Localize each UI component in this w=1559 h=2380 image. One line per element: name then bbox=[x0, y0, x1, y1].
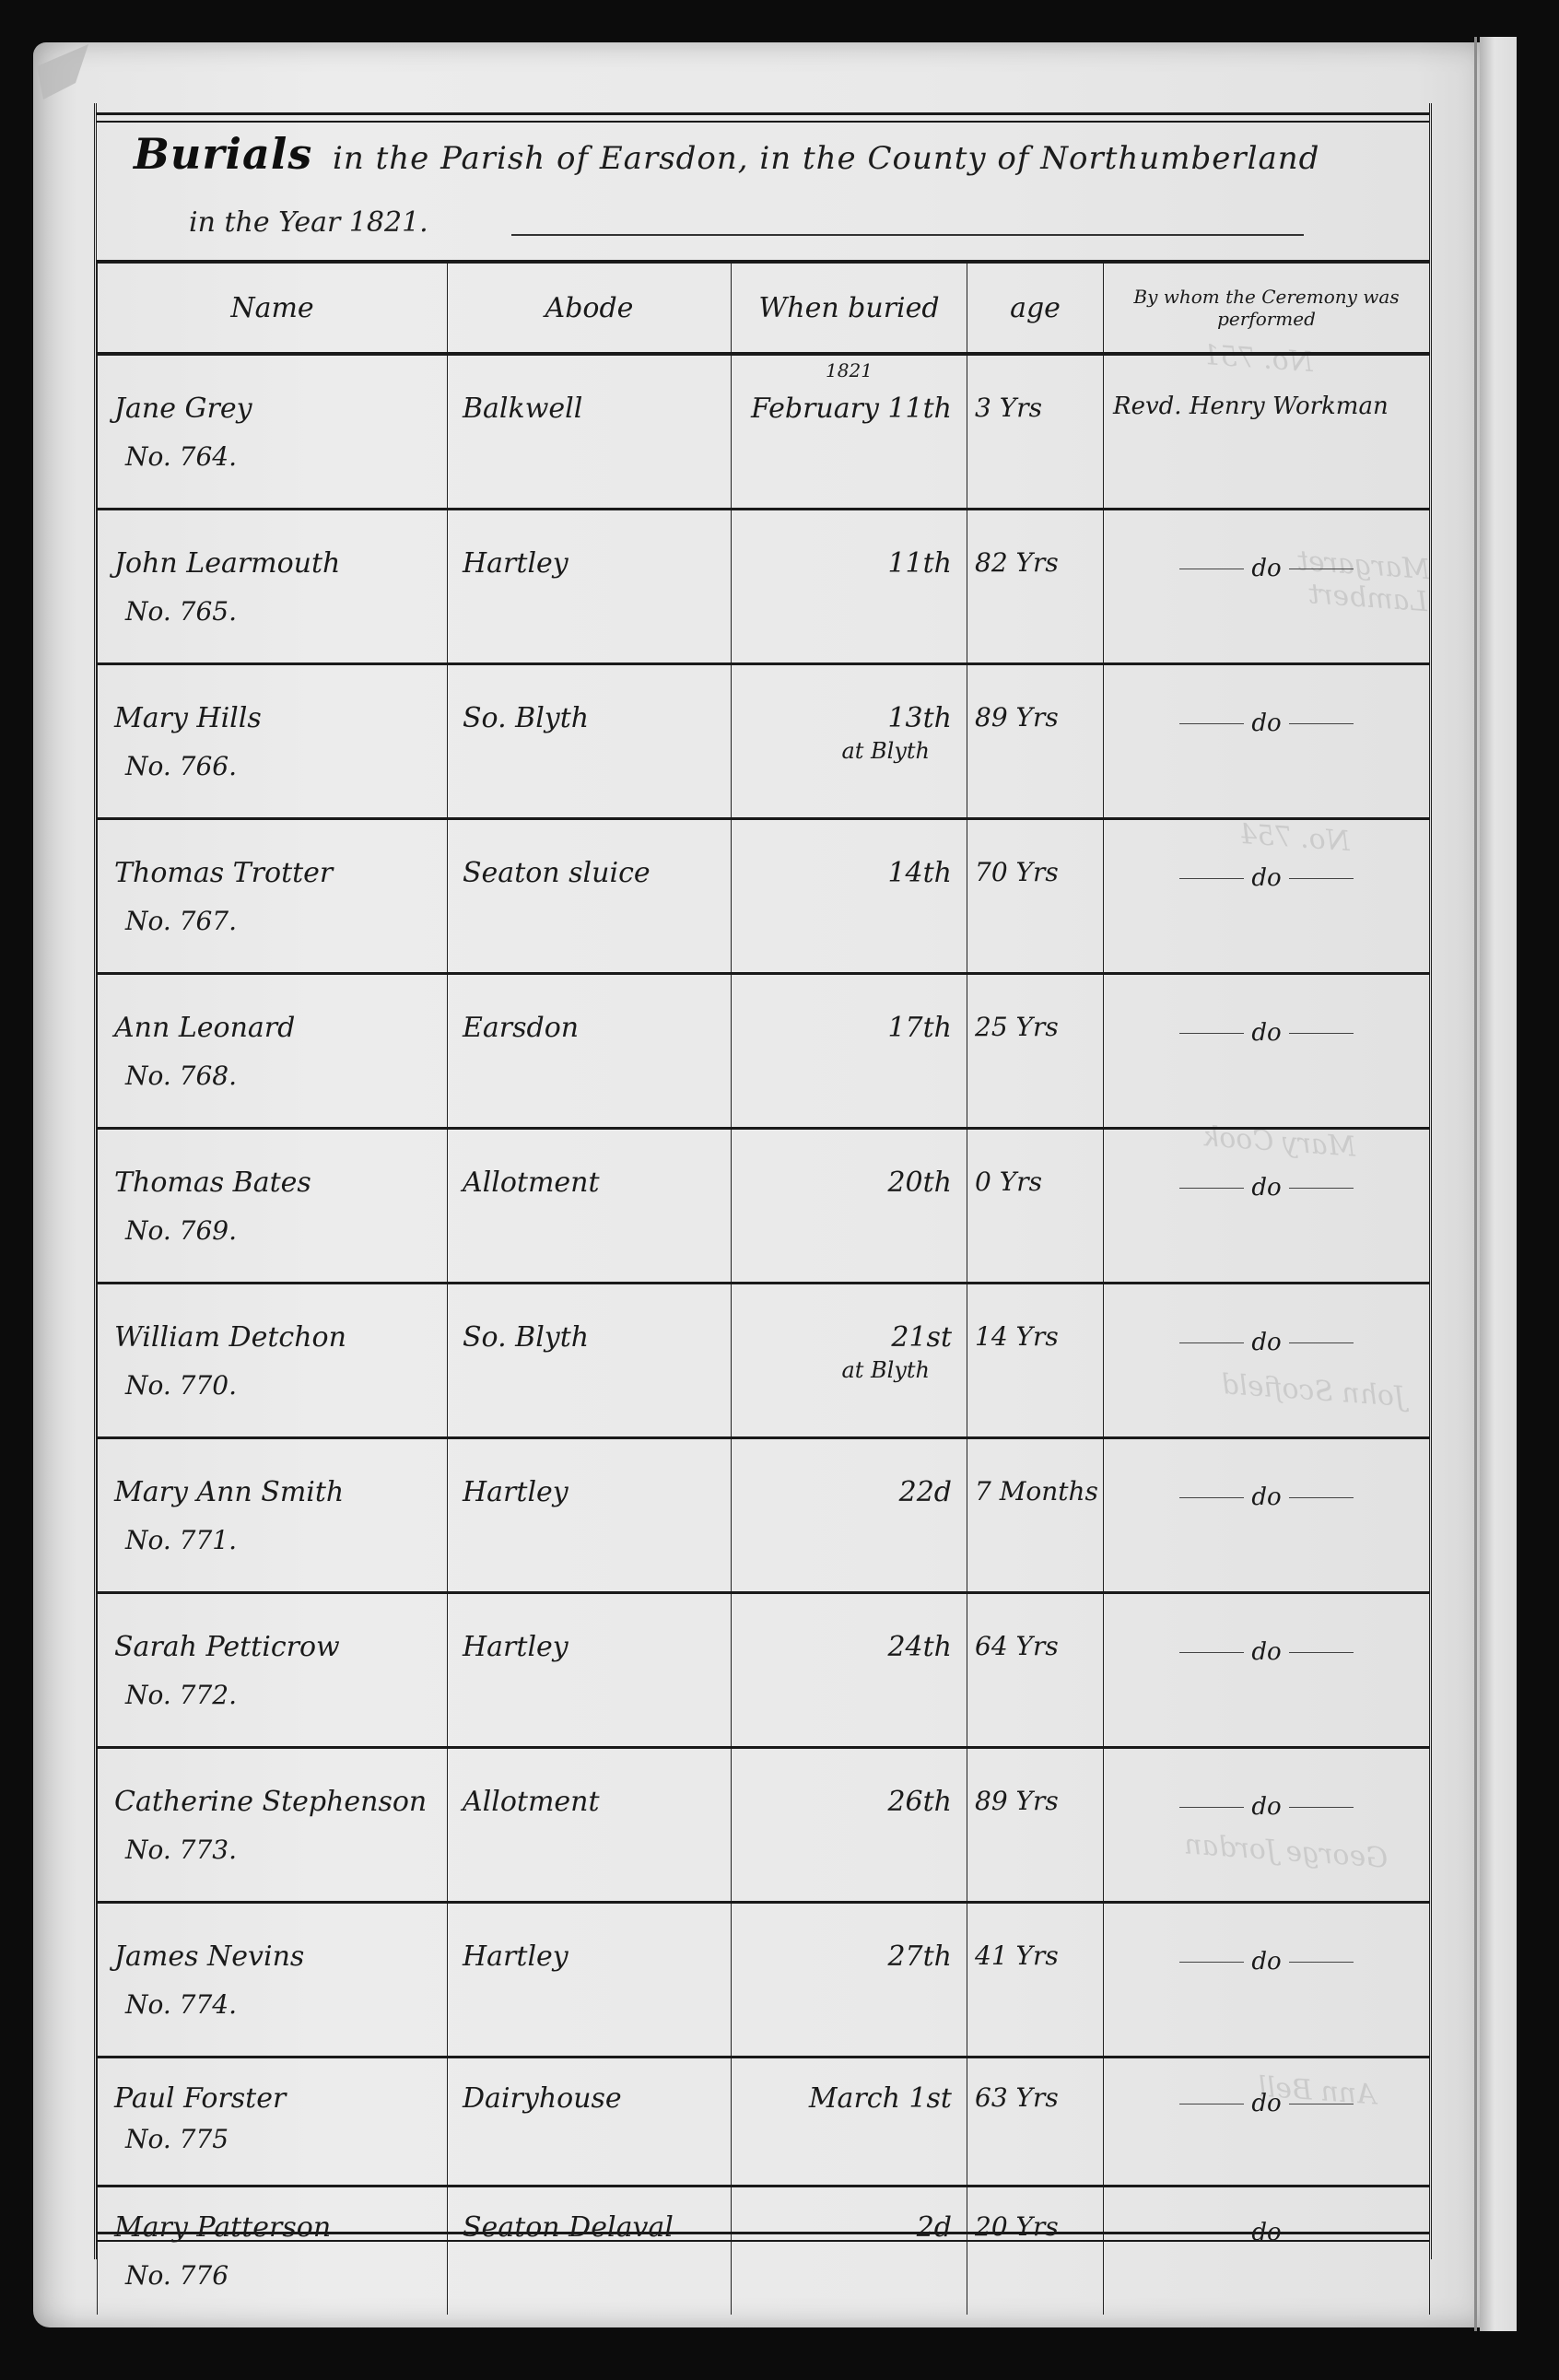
table-row: Ann LeonardNo. 768. Earsdon 17th 25 Yrs … bbox=[98, 973, 1430, 1128]
page-title: Burials in the Parish of Earsdon, in the… bbox=[134, 129, 1319, 179]
entry-when-buried: 22d bbox=[732, 1439, 967, 1508]
entry-officiant: do bbox=[1104, 510, 1429, 582]
entry-number: No. 764. bbox=[98, 425, 447, 472]
entry-when-buried: 17th bbox=[732, 975, 967, 1044]
entry-abode: Balkwell bbox=[448, 356, 731, 425]
entry-name: William Detchon bbox=[98, 1284, 447, 1354]
table-row: Mary Ann SmithNo. 771. Hartley 22d 7 Mon… bbox=[98, 1437, 1430, 1592]
bottom-double-rule bbox=[97, 2232, 1429, 2242]
entry-year-note: 1821 bbox=[732, 359, 967, 381]
table-row: Mary PattersonNo. 776 Seaton Delaval 2d … bbox=[98, 2186, 1430, 2315]
entry-name: Sarah Petticrow bbox=[98, 1594, 447, 1663]
entry-abode: Hartley bbox=[448, 510, 731, 580]
entry-number: No. 770. bbox=[98, 1354, 447, 1401]
entry-abode: Allotment bbox=[448, 1749, 731, 1818]
entry-number: No. 765. bbox=[98, 580, 447, 627]
entry-number: No. 772. bbox=[98, 1663, 447, 1710]
burial-entries-table: Name Abode When buried age By whom the C… bbox=[97, 260, 1430, 2315]
entry-name: Thomas Bates bbox=[98, 1130, 447, 1199]
entry-age: 3 Yrs bbox=[967, 356, 1103, 423]
entry-number: No. 773. bbox=[98, 1818, 447, 1865]
entry-officiant: do bbox=[1104, 820, 1429, 892]
entry-burial-note: at Blyth bbox=[732, 734, 967, 764]
entry-name: Mary Ann Smith bbox=[98, 1439, 447, 1508]
table-row: Catherine StephensonNo. 773. Allotment 2… bbox=[98, 1747, 1430, 1902]
table-row: John LearmouthNo. 765. Hartley 11th 82 Y… bbox=[98, 509, 1430, 663]
entry-number: No. 776 bbox=[98, 2244, 447, 2291]
entry-age: 7 Months bbox=[967, 1439, 1103, 1507]
entry-age: 0 Yrs bbox=[967, 1130, 1103, 1197]
table-row: Jane GreyNo. 764. Balkwell 1821February … bbox=[98, 354, 1430, 509]
entry-officiant: do bbox=[1104, 1594, 1429, 1666]
column-header-officiant: By whom the Ceremony was performed bbox=[1104, 262, 1430, 354]
entry-officiant: do bbox=[1104, 1284, 1429, 1356]
entry-abode: Allotment bbox=[448, 1130, 731, 1199]
entry-when-buried: 24th bbox=[732, 1594, 967, 1663]
column-header-when-buried: When buried bbox=[732, 262, 967, 354]
entry-name: James Nevins bbox=[98, 1904, 447, 1973]
entry-when-buried: 13th bbox=[732, 665, 967, 734]
entry-name: Ann Leonard bbox=[98, 975, 447, 1044]
entry-age: 63 Yrs bbox=[967, 2058, 1103, 2113]
adjacent-page-edge bbox=[1480, 37, 1517, 2331]
entry-age: 82 Yrs bbox=[967, 510, 1103, 578]
page-spine bbox=[1474, 37, 1477, 2331]
column-header-abode: Abode bbox=[448, 262, 732, 354]
entry-name: Mary Hills bbox=[98, 665, 447, 734]
entry-age: 70 Yrs bbox=[967, 820, 1103, 887]
entry-age: 89 Yrs bbox=[967, 665, 1103, 733]
entry-when-buried: 26th bbox=[732, 1749, 967, 1818]
title-underline bbox=[511, 234, 1304, 236]
table-row: Sarah PetticrowNo. 772. Hartley 24th 64 … bbox=[98, 1592, 1430, 1747]
register-heading: Burials in the Parish of Earsdon, in the… bbox=[97, 116, 1429, 254]
title-year: in the Year 1821. bbox=[189, 206, 428, 239]
entry-age: 14 Yrs bbox=[967, 1284, 1103, 1352]
entry-name: Paul Forster bbox=[98, 2058, 447, 2115]
title-burials: Burials bbox=[134, 129, 312, 179]
entry-number: No. 766. bbox=[98, 734, 447, 781]
entry-burial-note: at Blyth bbox=[732, 1354, 967, 1383]
entry-age: 64 Yrs bbox=[967, 1594, 1103, 1661]
entry-abode: Dairyhouse bbox=[448, 2058, 731, 2115]
entry-officiant: do bbox=[1104, 975, 1429, 1047]
entry-name: Jane Grey bbox=[98, 356, 447, 425]
burial-register: Burials in the Parish of Earsdon, in the… bbox=[94, 103, 1432, 2259]
entry-abode: So. Blyth bbox=[448, 665, 731, 734]
entry-when-buried: 14th bbox=[732, 820, 967, 889]
entry-name: John Learmouth bbox=[98, 510, 447, 580]
table-row: Thomas BatesNo. 769. Allotment 20th 0 Yr… bbox=[98, 1128, 1430, 1283]
entry-name: Catherine Stephenson bbox=[98, 1749, 447, 1818]
entry-when-buried: 11th bbox=[732, 510, 967, 580]
title-parish: in the Parish of Earsdon, in the County … bbox=[333, 140, 1319, 177]
entry-when-buried: 21st bbox=[732, 1284, 967, 1354]
entry-name: Thomas Trotter bbox=[98, 820, 447, 889]
entry-number: No. 768. bbox=[98, 1044, 447, 1091]
entry-age: 25 Yrs bbox=[967, 975, 1103, 1042]
entry-number: No. 775 bbox=[98, 2115, 447, 2154]
entry-officiant: do bbox=[1104, 1749, 1429, 1821]
entry-officiant: do bbox=[1104, 2058, 1429, 2117]
column-header-age: age bbox=[967, 262, 1104, 354]
entry-number: No. 774. bbox=[98, 1973, 447, 2020]
table-row: Thomas TrotterNo. 767. Seaton sluice 14t… bbox=[98, 818, 1430, 973]
entry-when-buried: 20th bbox=[732, 1130, 967, 1199]
entry-officiant: do bbox=[1104, 1130, 1429, 1202]
entry-officiant: do bbox=[1104, 665, 1429, 737]
entry-age: 89 Yrs bbox=[967, 1749, 1103, 1816]
entry-abode: So. Blyth bbox=[448, 1284, 731, 1354]
table-row: James NevinsNo. 774. Hartley 27th 41 Yrs… bbox=[98, 1902, 1430, 2057]
entry-abode: Hartley bbox=[448, 1594, 731, 1663]
entry-number: No. 771. bbox=[98, 1508, 447, 1555]
entry-officiant: do bbox=[1104, 1904, 1429, 1976]
table-row: Paul ForsterNo. 775 Dairyhouse March 1st… bbox=[98, 2057, 1430, 2186]
entry-when-buried: 27th bbox=[732, 1904, 967, 1973]
entry-officiant: Revd. Henry Workman bbox=[1104, 356, 1429, 420]
entry-age: 41 Yrs bbox=[967, 1904, 1103, 1971]
entry-officiant: do bbox=[1104, 1439, 1429, 1511]
entry-abode: Earsdon bbox=[448, 975, 731, 1044]
table-row: William DetchonNo. 770. So. Blyth 21stat… bbox=[98, 1283, 1430, 1437]
entry-when-buried: March 1st bbox=[732, 2058, 967, 2115]
header-row: Name Abode When buried age By whom the C… bbox=[98, 262, 1430, 354]
entry-number: No. 767. bbox=[98, 889, 447, 936]
entry-abode: Hartley bbox=[448, 1904, 731, 1973]
column-header-name: Name bbox=[98, 262, 448, 354]
entry-abode: Seaton sluice bbox=[448, 820, 731, 889]
entry-abode: Hartley bbox=[448, 1439, 731, 1508]
table-row: Mary HillsNo. 766. So. Blyth 13that Blyt… bbox=[98, 663, 1430, 818]
entry-number: No. 769. bbox=[98, 1199, 447, 1246]
